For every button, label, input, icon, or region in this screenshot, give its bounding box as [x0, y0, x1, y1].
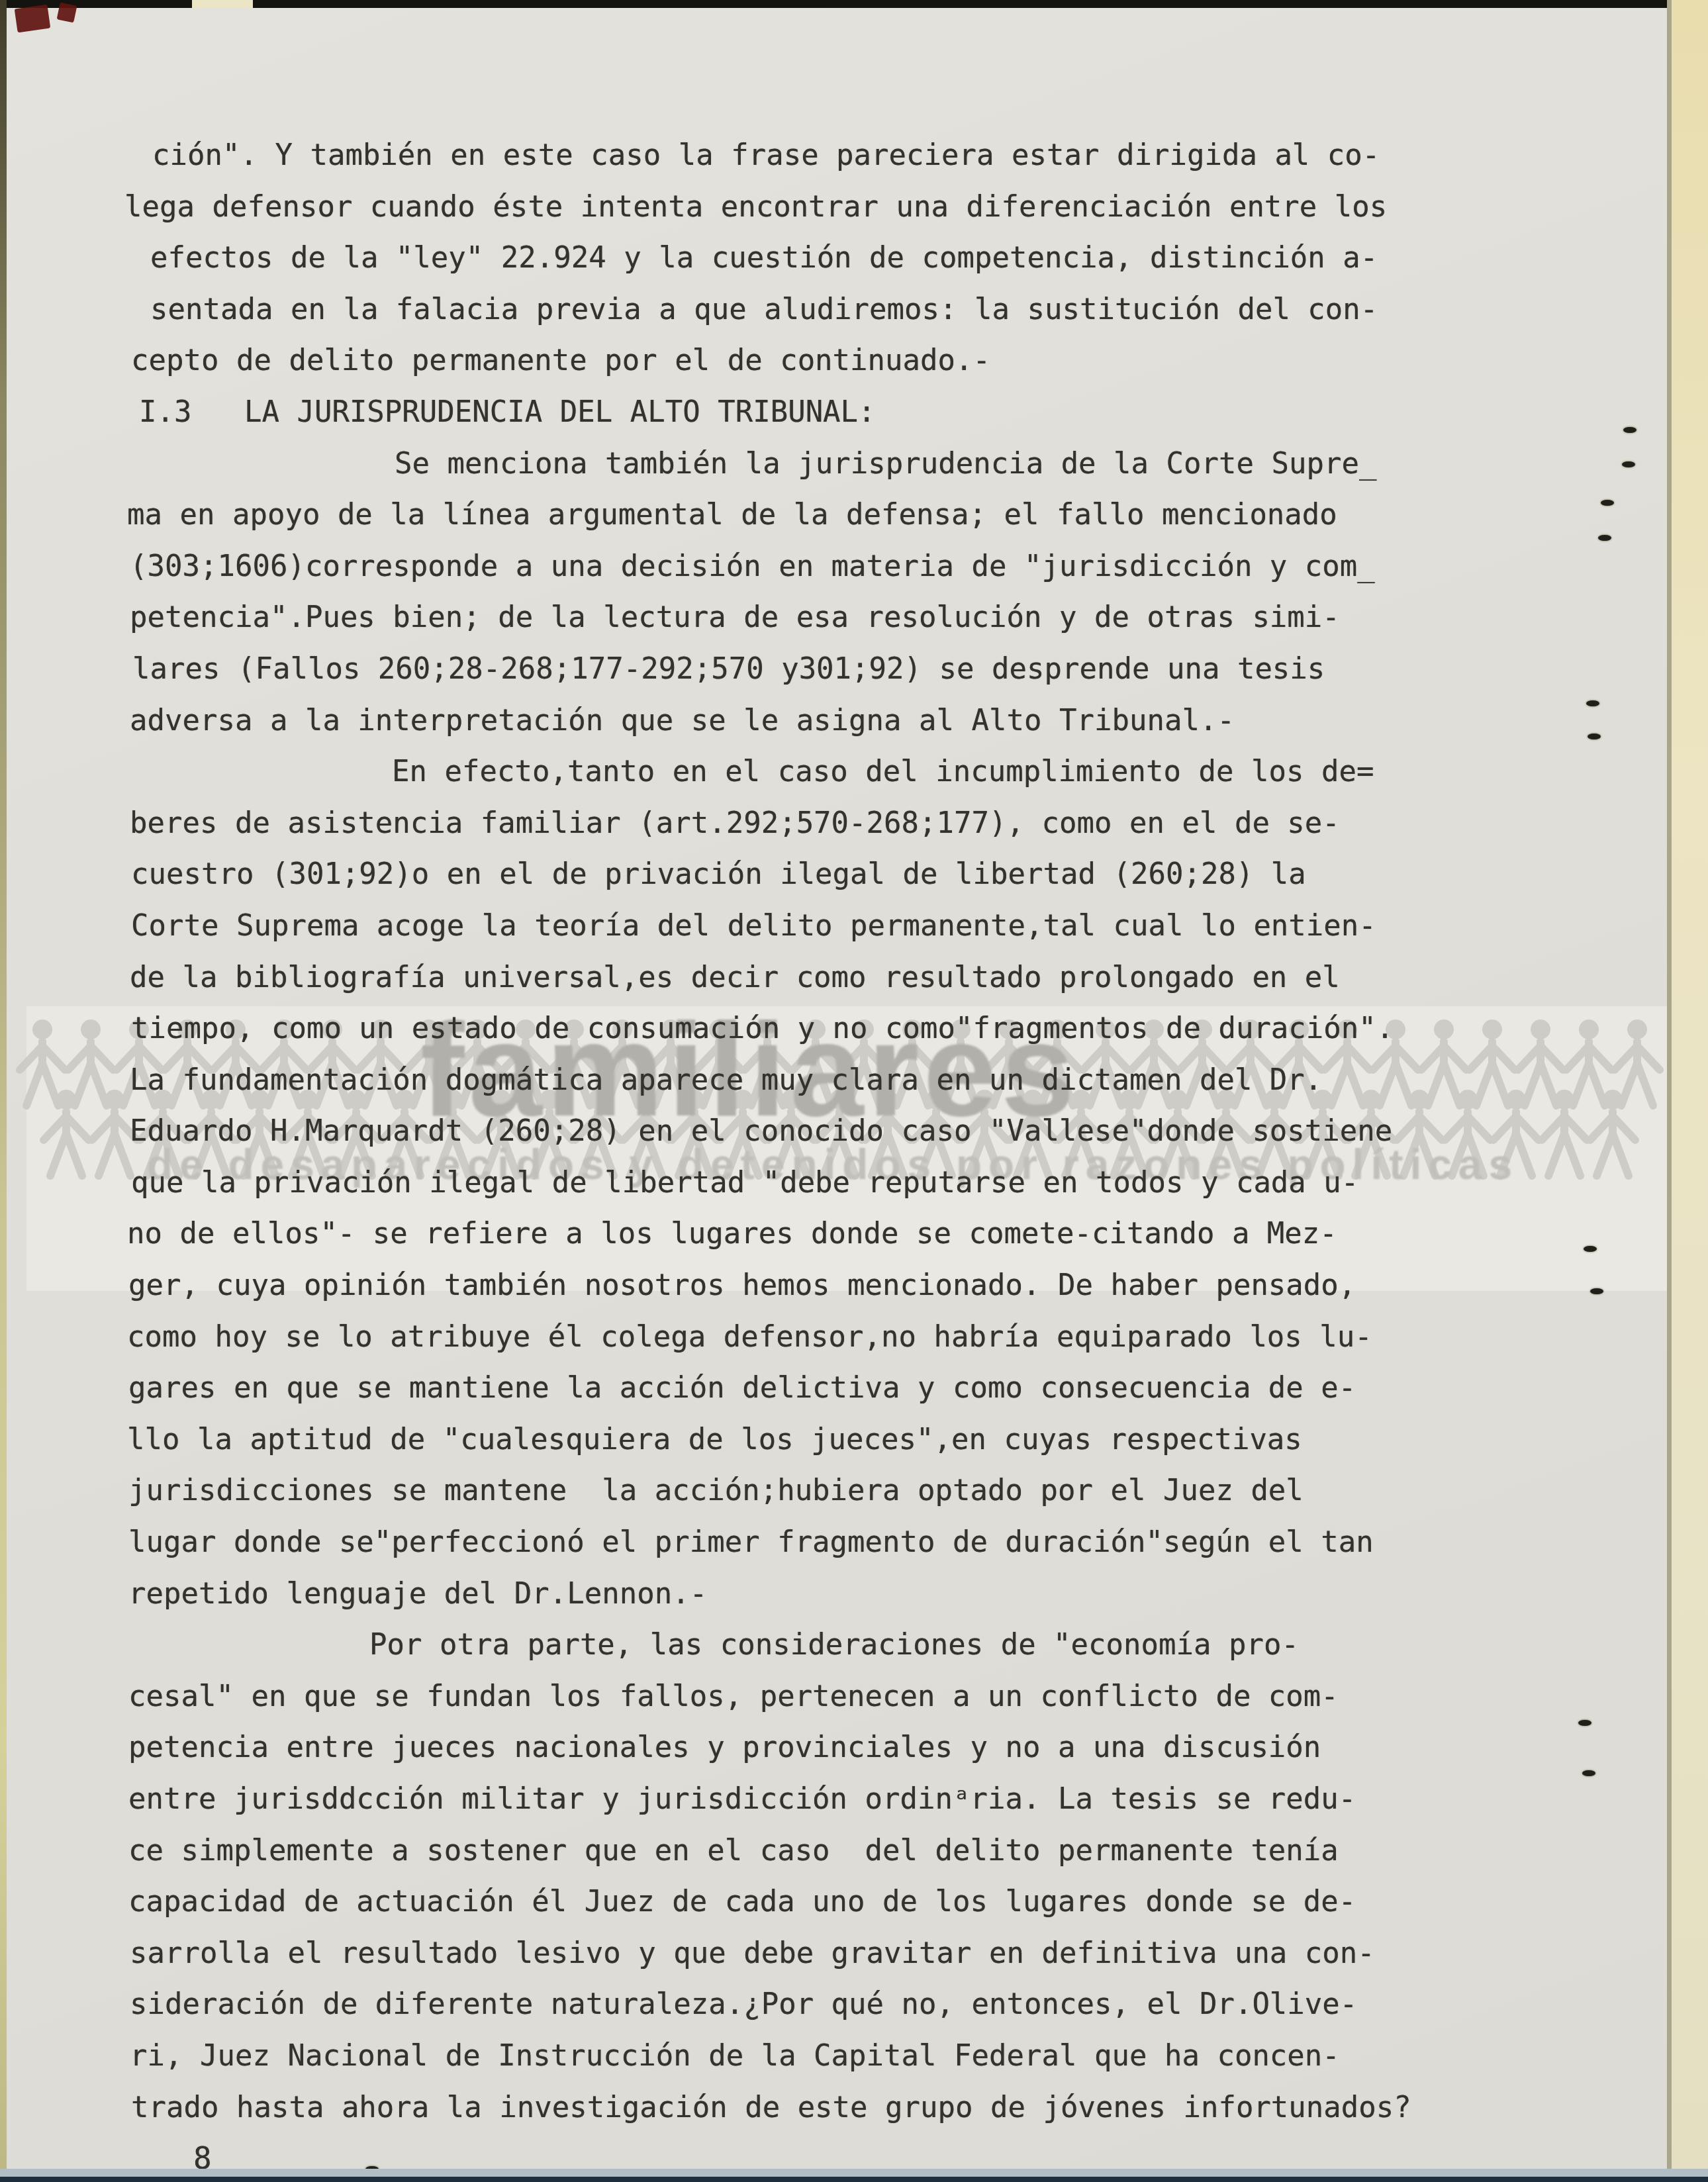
ink-speck [1582, 1770, 1595, 1776]
text-line: cuestro (301;92)o en el de privación ile… [0, 849, 1708, 900]
text-line: petencia entre jueces nacionales y provi… [0, 1722, 1708, 1774]
scan-edge-top [0, 0, 1708, 8]
scan-edge-bottom-light [0, 2169, 1708, 2177]
text-line: gares en que se mantiene la acción delic… [0, 1362, 1708, 1414]
text-line: de la bibliografía universal,es decir co… [0, 952, 1708, 1004]
ink-speck [1623, 427, 1637, 433]
text-line: lugar donde se"perfeccionó el primer fra… [0, 1517, 1708, 1568]
ink-speck [1601, 500, 1614, 506]
ink-speck [1598, 535, 1611, 541]
scan-edge-bottom-dark [0, 2177, 1708, 2182]
text-line: trado hasta ahora la investigación de es… [0, 2082, 1708, 2134]
text-line: sideración de diferente naturaleza.¿Por … [0, 1979, 1708, 2030]
text-line: como hoy se lo atribuye él colega defens… [0, 1311, 1708, 1363]
text-line: sentada en la falacia previa a que aludi… [0, 284, 1708, 336]
text-line: ma en apoyo de la línea argumental de la… [0, 489, 1708, 541]
text-line: ción". Y también en este caso la frase p… [0, 130, 1708, 181]
text-line: Eduardo H.Marquardt (260;28) en el conoc… [0, 1106, 1708, 1157]
text-line: jurisdicciones se mantene la acción;hubi… [0, 1465, 1708, 1517]
text-line: (303;1606)corresponde a una decisión en … [0, 541, 1708, 593]
text-line: capacidad de actuación él Juez de cada u… [0, 1876, 1708, 1928]
text-line: que la privación ilegal de libertad "deb… [0, 1157, 1708, 1209]
text-line: repetido lenguaje del Dr.Lennon.- [0, 1568, 1708, 1620]
text-line: cepto de delito permanente por el de con… [0, 335, 1708, 387]
text-line: La fundamentación dogmática aparece muy … [0, 1055, 1708, 1106]
text-line: tiempo, como un estado de consumación y … [0, 1003, 1708, 1055]
text-line: Corte Suprema acoge la teoría del delito… [0, 900, 1708, 952]
document-page: familiares de desaparecidos y detenidos … [0, 0, 1708, 2182]
text-line: beres de asistencia familiar (art.292;57… [0, 798, 1708, 849]
scan-edge-gap [192, 0, 253, 8]
text-line: petencia".Pues bien; de la lectura de es… [0, 592, 1708, 643]
text-line: ri, Juez Nacional de Instrucción de la C… [0, 2030, 1708, 2082]
scan-edge-left [0, 0, 7, 2182]
red-ink-mark [57, 3, 77, 23]
ink-speck [1590, 1288, 1603, 1294]
ink-speck [1578, 1720, 1591, 1726]
ink-speck [1586, 700, 1599, 706]
text-line: lares (Fallos 260;28-268;177-292;570 y30… [0, 643, 1708, 695]
text-line: efectos de la "ley" 22.924 y la cuestión… [0, 232, 1708, 284]
text-line: En efecto,tanto en el caso del incumplim… [0, 746, 1708, 798]
text-line: ce simplemente a sostener que en el caso… [0, 1825, 1708, 1877]
ink-speck [1622, 461, 1635, 467]
text-line: adversa a la interpretación que se le as… [0, 695, 1708, 747]
text-line: llo la aptitud de "cualesquiera de los j… [0, 1414, 1708, 1466]
red-ink-mark [15, 5, 51, 33]
scan-edge-right [1667, 0, 1708, 2182]
text-line: sarrolla el resultado lesivo y que debe … [0, 1928, 1708, 1979]
text-line: Por otra parte, las consideraciones de "… [0, 1619, 1708, 1671]
text-line: I.3 LA JURISPRUDENCIA DEL ALTO TRIBUNAL: [0, 387, 1708, 438]
text-line: lega defensor cuando éste intenta encont… [0, 181, 1708, 233]
text-line: cesal" en que se fundan los fallos, pert… [0, 1671, 1708, 1723]
text-line: ger, cuya opinión también nosotros hemos… [0, 1260, 1708, 1311]
text-line: Se menciona también la jurisprudencia de… [0, 438, 1708, 490]
ink-speck [1588, 734, 1601, 739]
text-line: entre jurisddcción militar y jurisdicció… [0, 1774, 1708, 1825]
ink-speck [1584, 1246, 1597, 1252]
typewritten-text: ción". Y también en este caso la frase p… [0, 130, 1708, 2133]
text-line: no de ellos"- se refiere a los lugares d… [0, 1208, 1708, 1260]
